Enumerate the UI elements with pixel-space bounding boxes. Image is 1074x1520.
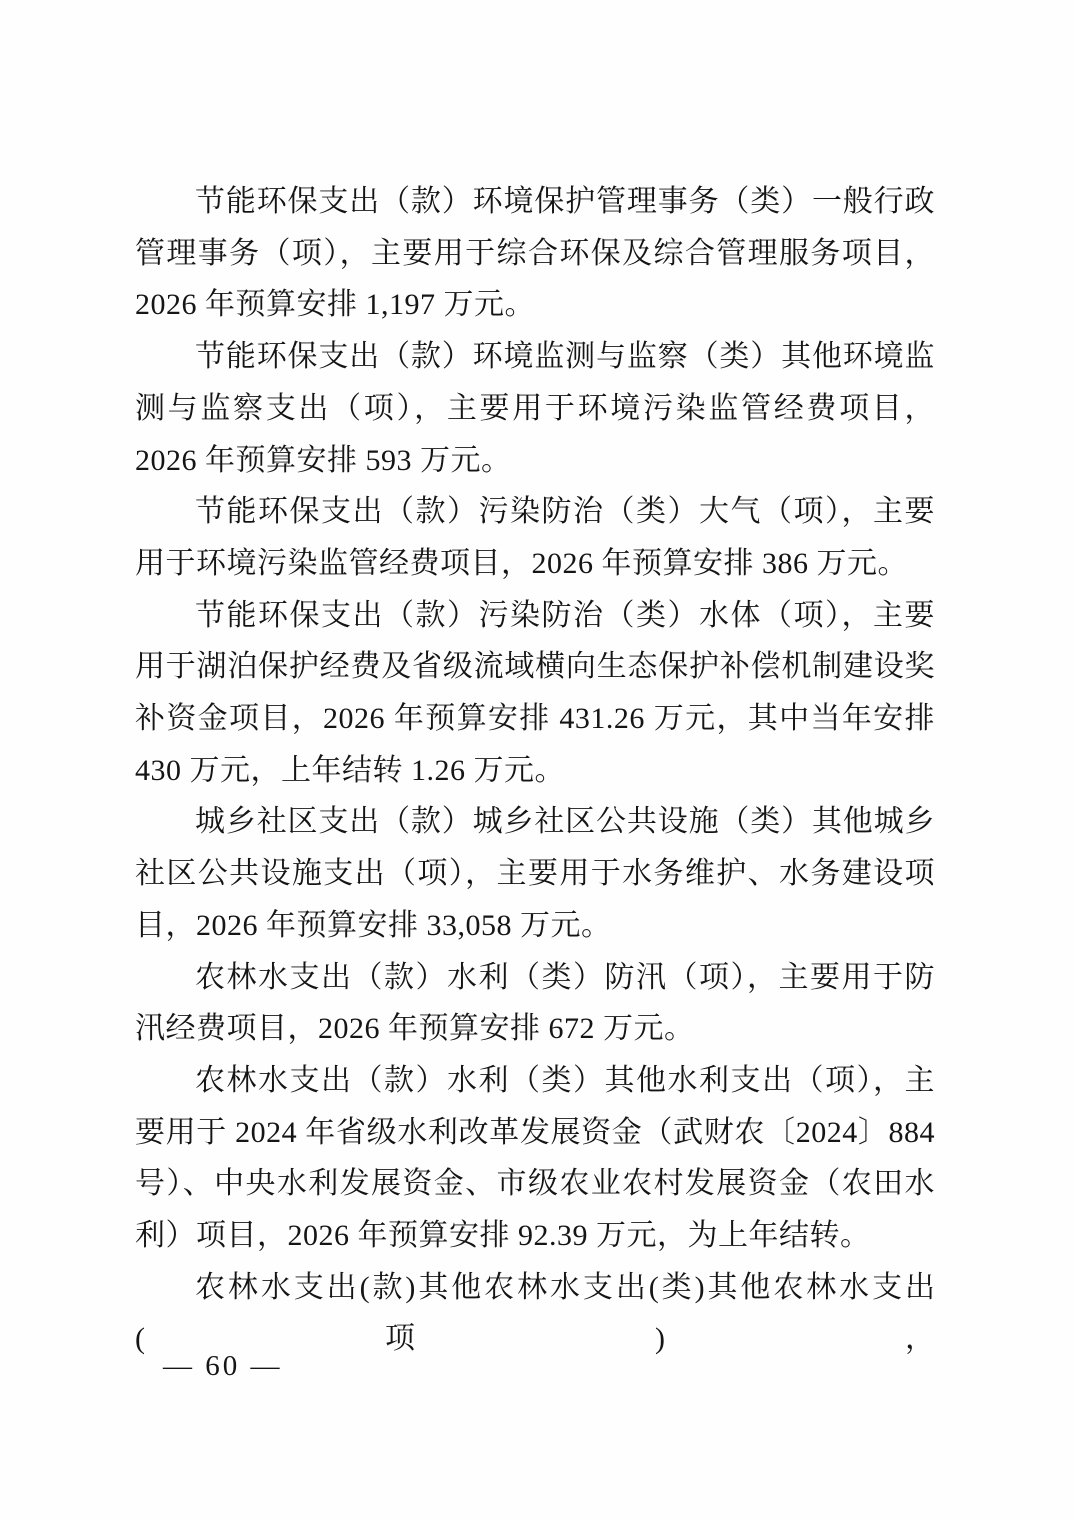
- paragraph-env-monitoring: 节能环保支出（款）环境监测与监察（类）其他环境监测与监察支出（项），主要用于环境…: [135, 331, 935, 486]
- paragraph-pollution-water: 节能环保支出（款）污染防治（类）水体（项），主要用于湖泊保护经费及省级流域横向生…: [135, 590, 935, 797]
- paragraph-agri-other-water: 农林水支出（款）水利（类）其他水利支出（项），主要用于 2024 年省级水利改革…: [135, 1055, 935, 1262]
- paragraph-energy-env-admin: 节能环保支出（款）环境保护管理事务（类）一般行政管理事务（项），主要用于综合环保…: [135, 176, 935, 331]
- document-page: 节能环保支出（款）环境保护管理事务（类）一般行政管理事务（项），主要用于综合环保…: [0, 0, 1074, 1520]
- paragraph-pollution-air: 节能环保支出（款）污染防治（类）大气（项），主要用于环境污染监管经费项目，202…: [135, 486, 935, 589]
- page-number: — 60 —: [163, 1350, 283, 1383]
- paragraph-agri-flood-control: 农林水支出（款）水利（类）防汛（项），主要用于防汛经费项目，2026 年预算安排…: [135, 952, 935, 1055]
- paragraph-urban-rural-community: 城乡社区支出（款）城乡社区公共设施（类）其他城乡社区公共设施支出（项），主要用于…: [135, 796, 935, 951]
- document-body: 节能环保支出（款）环境保护管理事务（类）一般行政管理事务（项），主要用于综合环保…: [135, 176, 935, 1365]
